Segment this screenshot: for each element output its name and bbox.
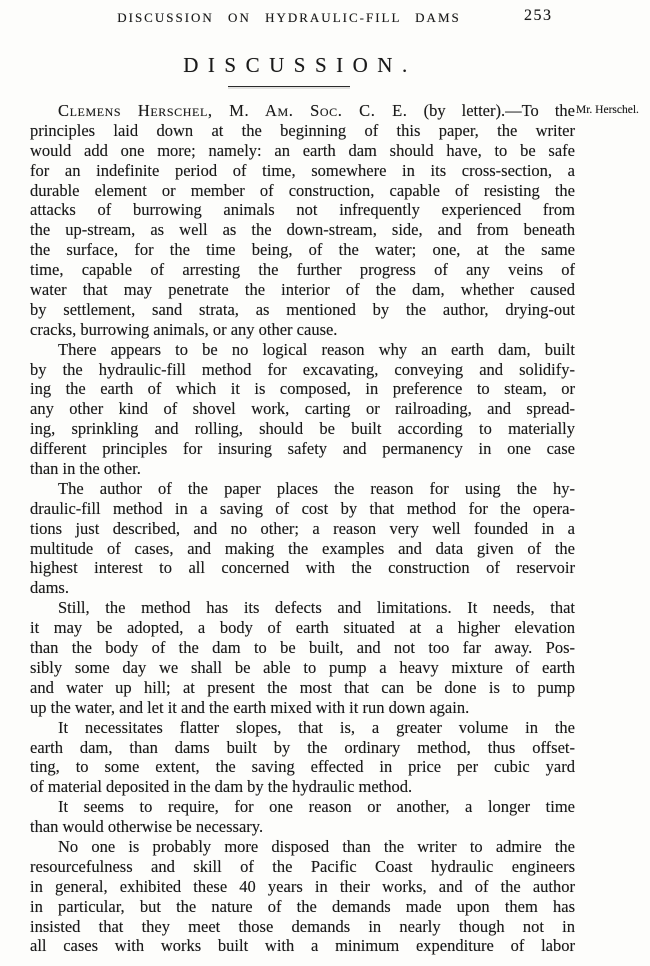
text-line: ing the earth of which it is composed, i… [30,379,575,399]
text-line: up the water, and let it and the earth m… [30,698,575,718]
text-line: in particular, but the nature of the dem… [30,897,575,917]
paragraph-7: No one is probably more disposed than th… [30,837,575,956]
page-number: 253 [524,7,553,25]
paragraph-6: It seems to require, for one reason or a… [30,797,575,837]
text-line: attacks of burrowing animals not infrequ… [30,200,575,220]
text-line: ing, sprinkling and rolling, should be b… [30,419,575,439]
paragraph-2: There appears to be no logical reason wh… [30,340,575,479]
text-line: No one is probably more disposed than th… [30,837,575,857]
text-line: all cases with works built with a minimu… [30,936,575,956]
text-line: than in the other. [30,459,575,479]
text-line: resourcefulness and skill of the Pacific… [30,857,575,877]
text-line: by settlement, sand strata, as mentioned… [30,300,575,320]
text-line: of material deposited in the dam by the … [30,777,575,797]
text-line: water that may penetrate the interior of… [30,280,575,300]
text-line: earth dam, than dams built by the ordina… [30,738,575,758]
text-line: cracks, burrowing animals, or any other … [30,320,575,340]
text-line: for an indefinite period of time, somewh… [30,161,575,181]
text-line: The author of the paper places the reaso… [30,479,575,499]
text-line: would add one more; namely: an earth dam… [30,141,575,161]
body-text: Clemens Herschel, M. Am. Soc. C. E. (by … [30,101,575,956]
text-line: in general, exhibited these 40 years in … [30,877,575,897]
running-header-title: DISCUSSION ON HYDRAULIC-FILL DAMS [0,10,578,26]
paragraph-5: It necessitates flatter slopes, that is,… [30,718,575,798]
paragraph-4: Still, the method has its defects and li… [30,598,575,717]
text-line: dams. [30,578,575,598]
document-page: DISCUSSION ON HYDRAULIC-FILL DAMS 253 DI… [0,0,650,966]
paragraph-1: Clemens Herschel, M. Am. Soc. C. E. (by … [30,101,575,340]
text-line: and water up hill; at present the most t… [30,678,575,698]
text-line: principles laid down at the beginning of… [30,121,575,141]
text-line: Still, the method has its defects and li… [30,598,575,618]
text-line: the up-stream, as well as the down-strea… [30,220,575,240]
text-line: Clemens Herschel, M. Am. Soc. C. E. (by … [30,101,575,121]
title-divider-rule [228,86,350,87]
text-line: There appears to be no logical reason wh… [30,340,575,360]
paragraph-3: The author of the paper places the reaso… [30,479,575,598]
text-line: ting, to some extent, the saving effecte… [30,757,575,777]
text-line: by the hydraulic-fill method for excavat… [30,360,575,380]
text-line: insisted that they meet those demands in… [30,917,575,937]
text-line: time, capable of arresting the further p… [30,260,575,280]
text-line: It necessitates flatter slopes, that is,… [30,718,575,738]
text-line: durable element or member of constructio… [30,181,575,201]
text-line: than the body of the dam to be built, an… [30,638,575,658]
text-line: It seems to require, for one reason or a… [30,797,575,817]
text-line: draulic-fill method in a saving of cost … [30,499,575,519]
text-line: sibly some day we shall be able to pump … [30,658,575,678]
section-title: DISCUSSION. [0,53,600,78]
text-line: it may be adopted, a body of earth situa… [30,618,575,638]
speaker-name: Clemens Herschel, M. Am. Soc. C. E. [58,101,408,120]
text-line: than would otherwise be necessary. [30,817,575,837]
text-line: any other kind of shovel work, carting o… [30,399,575,419]
text-line: tions just described, and no other; a re… [30,519,575,539]
text-line: different principles for insuring safety… [30,439,575,459]
speaker-margin-note: Mr. Herschel. [576,104,650,117]
text-line: highest interest to all concerned with t… [30,558,575,578]
text-line: the surface, for the time being, of the … [30,240,575,260]
text-line: multitude of cases, and making the examp… [30,539,575,559]
